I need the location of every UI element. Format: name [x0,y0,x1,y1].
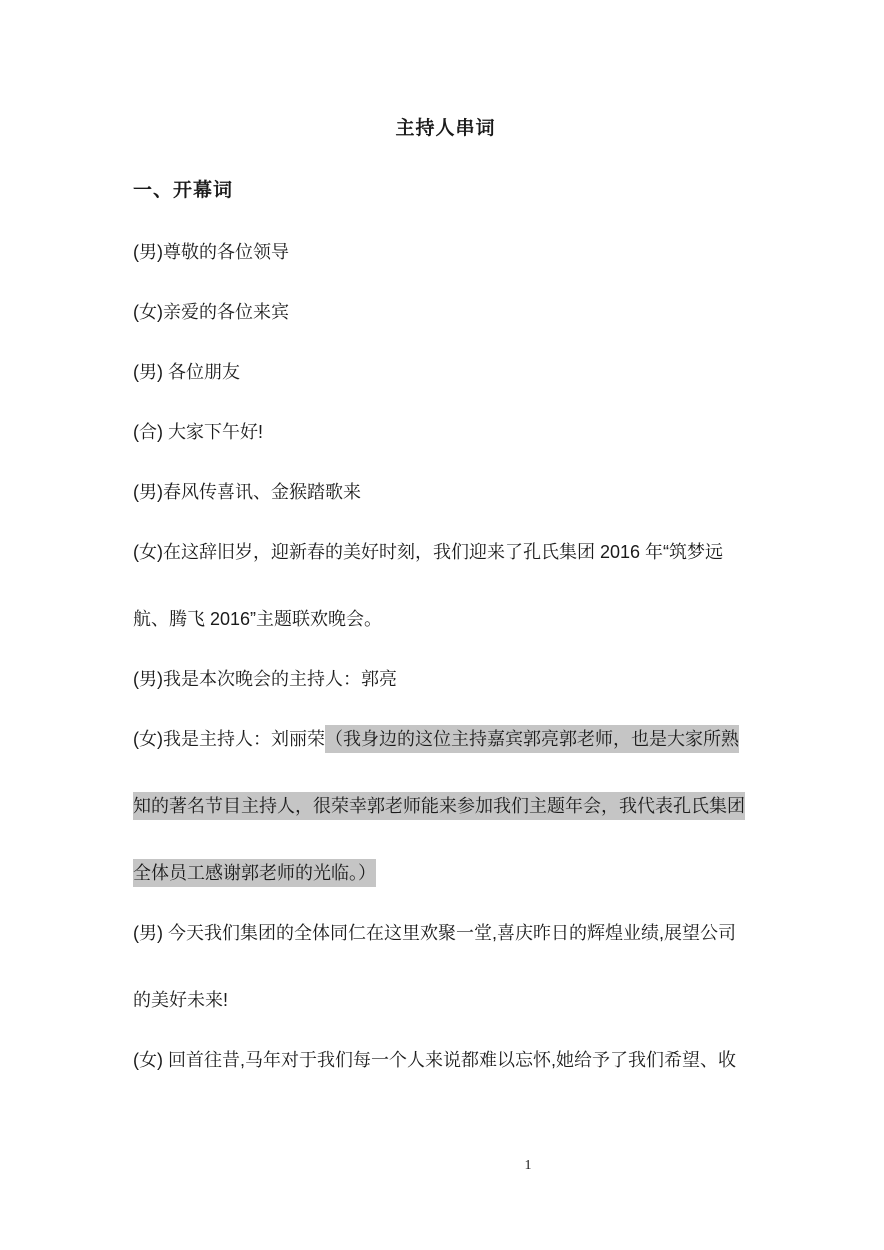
text-segment: (合) 大家下午好! [133,422,263,442]
paragraph: (女)我是主持人：刘丽荣（我身边的这位主持嘉宾郭亮郭老师，也是大家所熟知的著名节… [133,706,758,907]
document-content: 主持人串词 一、开幕词 (男)尊敬的各位领导(女)亲爱的各位来宾(男) 各位朋友… [133,0,758,1094]
text-line: (男)春风传喜讯、金猴踏歌来 [133,459,758,526]
text-line: (女)在这辞旧岁，迎新春的美好时刻，我们迎来了孔氏集团 2016 年“筑梦远 [133,519,758,586]
text-line: (男) 各位朋友 [133,339,758,406]
text-segment: (女) 回首往昔,马年对于我们每一个人来说都难以忘怀,她给予了我们希望、收 [133,1050,736,1070]
paragraph: (合) 大家下午好! [133,399,758,466]
text-segment: (男)尊敬的各位领导 [133,242,289,262]
highlighted-segment: （我身边的这位主持嘉宾郭亮郭老师，也是大家所熟 [325,725,739,753]
paragraph: (男)我是本次晚会的主持人：郭亮 [133,646,758,713]
text-line: (合) 大家下午好! [133,399,758,466]
document-title: 主持人串词 [133,0,758,140]
text-segment: (男) 今天我们集团的全体同仁在这里欢聚一堂,喜庆昨日的辉煌业绩,展望公司 [133,923,736,943]
text-segment: (男)春风传喜讯、金猴踏歌来 [133,482,361,502]
document-page: 主持人串词 一、开幕词 (男)尊敬的各位领导(女)亲爱的各位来宾(男) 各位朋友… [0,0,884,1250]
paragraph: (男)尊敬的各位领导 [133,219,758,286]
document-body: (男)尊敬的各位领导(女)亲爱的各位来宾(男) 各位朋友(合) 大家下午好!(男… [133,219,758,1094]
text-segment: (女)亲爱的各位来宾 [133,302,289,322]
paragraph: (男) 今天我们集团的全体同仁在这里欢聚一堂,喜庆昨日的辉煌业绩,展望公司的美好… [133,900,758,1034]
paragraph: (男) 各位朋友 [133,339,758,406]
text-line: (男)尊敬的各位领导 [133,219,758,286]
text-segment: (女)在这辞旧岁，迎新春的美好时刻，我们迎来了孔氏集团 2016 年“筑梦远 [133,542,723,562]
text-line: 知的著名节目主持人，很荣幸郭老师能来参加我们主题年会，我代表孔氏集团 [133,773,758,840]
text-line: (女)亲爱的各位来宾 [133,279,758,346]
text-line: 的美好未来! [133,967,758,1034]
highlighted-segment: 知的著名节目主持人，很荣幸郭老师能来参加我们主题年会，我代表孔氏集团 [133,792,745,820]
paragraph: (女) 回首往昔,马年对于我们每一个人来说都难以忘怀,她给予了我们希望、收 [133,1027,758,1094]
paragraph: (女)在这辞旧岁，迎新春的美好时刻，我们迎来了孔氏集团 2016 年“筑梦远航、… [133,519,758,653]
text-line: (男) 今天我们集团的全体同仁在这里欢聚一堂,喜庆昨日的辉煌业绩,展望公司 [133,900,758,967]
text-line: (女)我是主持人：刘丽荣（我身边的这位主持嘉宾郭亮郭老师，也是大家所熟 [133,706,758,773]
text-segment: 航、腾飞 2016”主题联欢晚会。 [133,609,382,629]
text-segment: (男)我是本次晚会的主持人：郭亮 [133,669,397,689]
highlighted-segment: 全体员工感谢郭老师的光临。） [133,859,376,887]
paragraph: (男)春风传喜讯、金猴踏歌来 [133,459,758,526]
text-line: 航、腾飞 2016”主题联欢晚会。 [133,586,758,653]
text-segment: (男) 各位朋友 [133,362,240,382]
text-segment: 的美好未来! [133,990,228,1010]
text-line: (男)我是本次晚会的主持人：郭亮 [133,646,758,713]
section-heading: 一、开幕词 [133,180,758,202]
text-line: (女) 回首往昔,马年对于我们每一个人来说都难以忘怀,她给予了我们希望、收 [133,1027,758,1094]
text-line: 全体员工感谢郭老师的光临。） [133,840,758,907]
paragraph: (女)亲爱的各位来宾 [133,279,758,346]
text-segment: (女)我是主持人：刘丽荣 [133,729,325,749]
page-number: 1 [516,1158,540,1174]
